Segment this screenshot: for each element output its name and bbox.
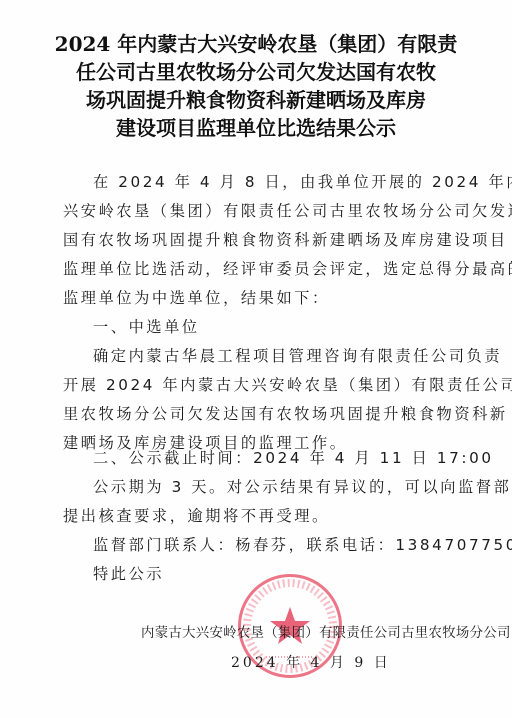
text-line: 兴安岭农垦（集团）有限责任公司古里农牧场分公司欠发达 — [63, 197, 455, 226]
title-line: 场巩固提升粮食物资科新建晒场及库房 — [40, 86, 472, 114]
signature-date: 2024 年 4 月 9 日 — [231, 652, 391, 672]
text-line: 公示期为 3 天。对公示结果有异议的，可以向监督部门 — [63, 473, 455, 502]
text-line: 在 2024 年 4 月 8 日，由我单位开展的 2024 年内蒙古大 — [63, 168, 455, 197]
text-line: 开展 2024 年内蒙古大兴安岭农垦（集团）有限责任公司古 — [63, 371, 455, 400]
document-page: 2024 年内蒙古大兴安岭农垦（集团）有限责 任公司古里农牧场分公司欠发达国有农… — [0, 0, 512, 718]
signature-organization: 内蒙古大兴安岭农垦（集团）有限责任公司古里农牧场分公司 — [141, 622, 511, 641]
document-title: 2024 年内蒙古大兴安岭农垦（集团）有限责 任公司古里农牧场分公司欠发达国有农… — [40, 30, 472, 142]
text-line: 监理单位比选活动，经评审委员会评定，选定总得分最高的 — [63, 255, 455, 284]
title-line: 任公司古里农牧场分公司欠发达国有农牧 — [40, 58, 472, 86]
section-1: 一、中选单位 确定内蒙古华晨工程项目管理咨询有限责任公司负责 开展 2024 年… — [63, 313, 455, 458]
text-line: 提出核查要求，逾期将不再受理。 — [63, 502, 455, 531]
section-2-heading: 二、公示截止时间：2024 年 4 月 11 日 17:00 — [63, 444, 455, 473]
text-line: 监理单位为中选单位，结果如下： — [63, 284, 455, 313]
text-line: 确定内蒙古华晨工程项目管理咨询有限责任公司负责 — [63, 342, 455, 371]
section-2: 二、公示截止时间：2024 年 4 月 11 日 17:00 公示期为 3 天。… — [63, 444, 455, 589]
title-line: 建设项目监理单位比选结果公示 — [40, 114, 472, 142]
text-line: 里农牧场分公司欠发达国有农牧场巩固提升粮食物资科新 — [63, 400, 455, 429]
contact-line: 监督部门联系人：杨春芬，联系电话：13847077509。 — [63, 531, 455, 560]
text-line: 国有农牧场巩固提升粮食物资科新建晒场及库房建设项目 — [63, 226, 455, 255]
section-1-heading: 一、中选单位 — [63, 313, 455, 342]
intro-paragraph: 在 2024 年 4 月 8 日，由我单位开展的 2024 年内蒙古大 兴安岭农… — [63, 168, 455, 313]
title-line: 2024 年内蒙古大兴安岭农垦（集团）有限责 — [40, 30, 472, 58]
